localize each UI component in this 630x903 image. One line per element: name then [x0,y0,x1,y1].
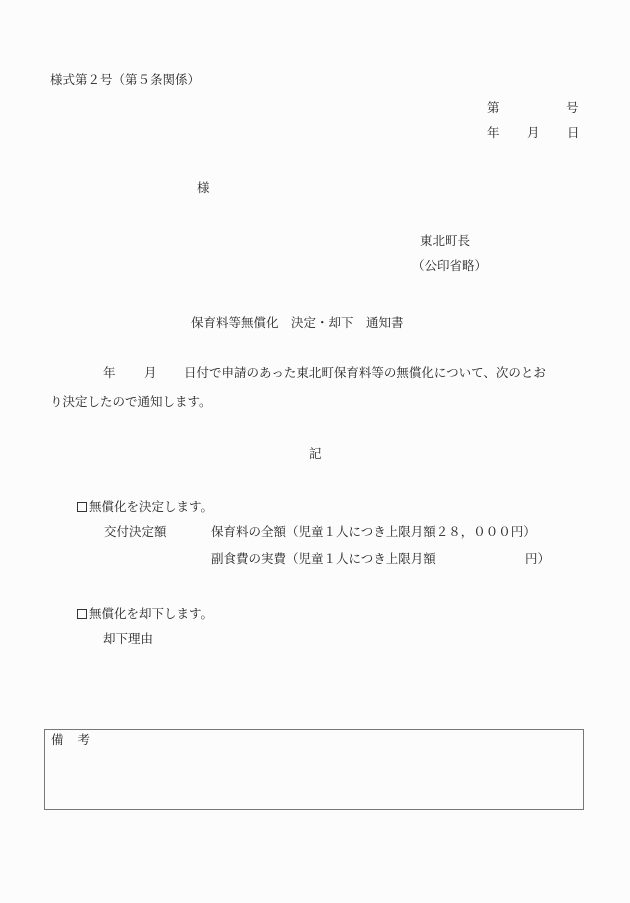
remarks-label: 備考 [51,732,90,748]
document-number-prefix: 第 [487,100,500,116]
body-month: 月 [144,365,157,381]
form-number: 様式第２号（第５条関係） [50,72,200,88]
approve-label: 無償化を決定します。 [89,499,213,514]
reject-checkbox[interactable] [77,609,87,619]
grant-amount-label: 交付決定額 [104,524,167,540]
grant-item-meal-fee-suffix: 円） [525,551,550,567]
remarks-box: 備考 [44,729,584,810]
seal-omitted-note: （公印省略） [412,258,487,274]
body-line2: り決定したので通知します。 [50,394,212,410]
body-line1: 日付で申請のあった東北町保育料等の無償化について、次のとお [184,365,546,381]
document-title: 保育料等無償化 決定・却下 通知書 [191,315,404,331]
remarks-label-char-2: 考 [78,732,91,747]
document-number-suffix: 号 [566,100,579,116]
addressee-honorific: 様 [197,180,210,196]
date-year: 年 [487,125,500,141]
rejection-reason-label: 却下理由 [103,631,153,647]
sender-title: 東北町長 [420,233,470,249]
ki-heading: 記 [309,446,322,462]
remarks-label-char-1: 備 [51,732,64,747]
reject-option[interactable]: 無償化を却下します。 [77,606,213,622]
date-month: 月 [527,125,540,141]
grant-item-meal-fee: 副食費の実費（児童１人につき上限月額 [211,551,436,567]
approve-checkbox[interactable] [77,502,87,512]
reject-label: 無償化を却下します。 [89,606,213,621]
approve-option[interactable]: 無償化を決定します。 [77,499,213,515]
grant-item-childcare-fee: 保育料の全額（児童１人につき上限月額２８，０００円） [211,524,536,540]
body-year: 年 [103,365,116,381]
date-day: 日 [567,125,580,141]
